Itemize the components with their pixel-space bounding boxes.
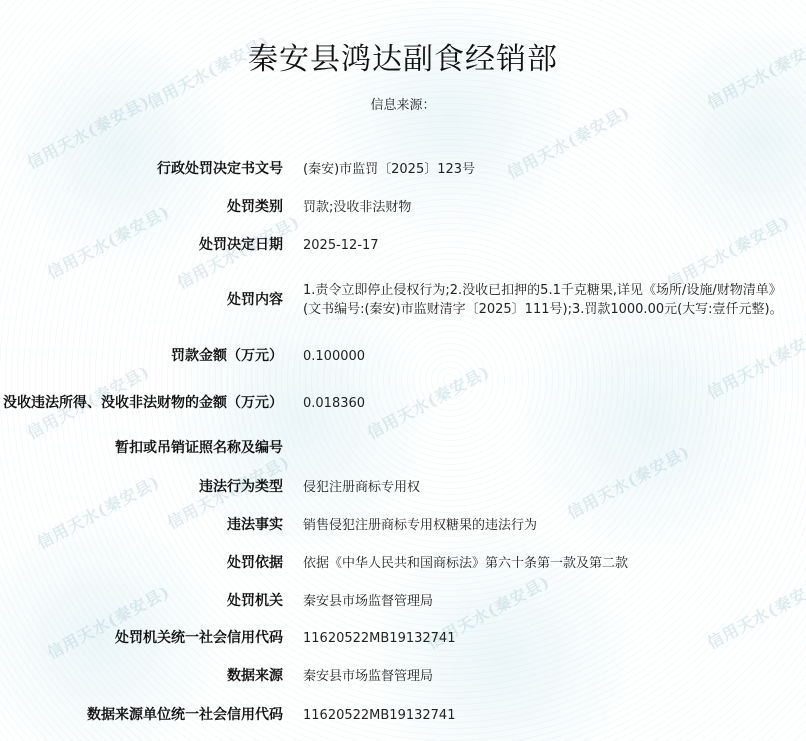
field-value: 依据《中华人民共和国商标法》第六十条第一款及第二款 bbox=[303, 554, 793, 573]
field-value: 侵犯注册商标专用权 bbox=[303, 478, 793, 497]
field-fine-amount: 罚款金额（万元） 0.100000 bbox=[0, 345, 806, 367]
field-value: 秦安县市场监督管理局 bbox=[303, 667, 793, 686]
field-value: 罚款;没收非法财物 bbox=[303, 198, 793, 217]
field-value: 1.责令立即停止侵权行为;2.没收已扣押的5.1千克糖果,详见《场所/设施/财物… bbox=[303, 281, 793, 319]
field-value: 销售侵犯注册商标专用权糖果的违法行为 bbox=[303, 516, 793, 535]
field-source-credit-code: 数据来源单位统一社会信用代码 11620522MB19132741 bbox=[0, 704, 806, 726]
field-violation-type: 违法行为类型 侵犯注册商标专用权 bbox=[0, 476, 806, 498]
field-value: (秦安)市监罚〔2025〕123号 bbox=[303, 160, 793, 179]
field-value: 0.100000 bbox=[303, 347, 793, 366]
field-label: 违法行为类型 bbox=[0, 478, 283, 496]
field-penalty-type: 处罚类别 罚款;没收非法财物 bbox=[0, 196, 806, 218]
field-label: 处罚依据 bbox=[0, 554, 283, 572]
field-authority-credit-code: 处罚机关统一社会信用代码 11620522MB19132741 bbox=[0, 627, 806, 649]
field-value: 11620522MB19132741 bbox=[303, 629, 793, 648]
field-label: 数据来源 bbox=[0, 667, 283, 685]
field-value: 秦安县市场监督管理局 bbox=[303, 592, 793, 611]
field-label: 处罚决定日期 bbox=[0, 236, 283, 254]
field-label: 行政处罚决定书文号 bbox=[0, 160, 283, 178]
field-label: 处罚机关 bbox=[0, 592, 283, 610]
info-source: 信息来源： bbox=[0, 94, 806, 113]
field-penalty-content: 处罚内容 1.责令立即停止侵权行为;2.没收已扣押的5.1千克糖果,详见《场所/… bbox=[0, 271, 806, 329]
field-label: 处罚内容 bbox=[0, 291, 283, 309]
field-confiscation-amount: 没收违法所得、没收非法财物的金额（万元） 0.018360 bbox=[0, 384, 806, 422]
field-penalty-basis: 处罚依据 依据《中华人民共和国商标法》第六十条第一款及第二款 bbox=[0, 552, 806, 574]
field-value: 2025-12-17 bbox=[303, 236, 793, 255]
field-penalty-authority: 处罚机关 秦安县市场监督管理局 bbox=[0, 590, 806, 612]
field-license-revocation: 暂扣或吊销证照名称及编号 bbox=[0, 437, 806, 459]
field-label: 处罚机关统一社会信用代码 bbox=[0, 629, 283, 647]
field-value: 11620522MB19132741 bbox=[303, 706, 793, 725]
field-value: 0.018360 bbox=[303, 394, 793, 413]
field-label: 违法事实 bbox=[0, 516, 283, 534]
field-data-source: 数据来源 秦安县市场监督管理局 bbox=[0, 665, 806, 687]
field-decision-date: 处罚决定日期 2025-12-17 bbox=[0, 234, 806, 256]
page-title: 秦安县鸿达副食经销部 bbox=[0, 34, 806, 78]
field-label: 处罚类别 bbox=[0, 198, 283, 216]
field-label: 没收违法所得、没收非法财物的金额（万元） bbox=[0, 394, 283, 412]
field-label: 暂扣或吊销证照名称及编号 bbox=[0, 439, 283, 457]
field-label: 罚款金额（万元） bbox=[0, 347, 283, 365]
field-decision-number: 行政处罚决定书文号 (秦安)市监罚〔2025〕123号 bbox=[0, 158, 806, 180]
field-violation-facts: 违法事实 销售侵犯注册商标专用权糖果的违法行为 bbox=[0, 514, 806, 536]
field-label: 数据来源单位统一社会信用代码 bbox=[0, 706, 283, 724]
